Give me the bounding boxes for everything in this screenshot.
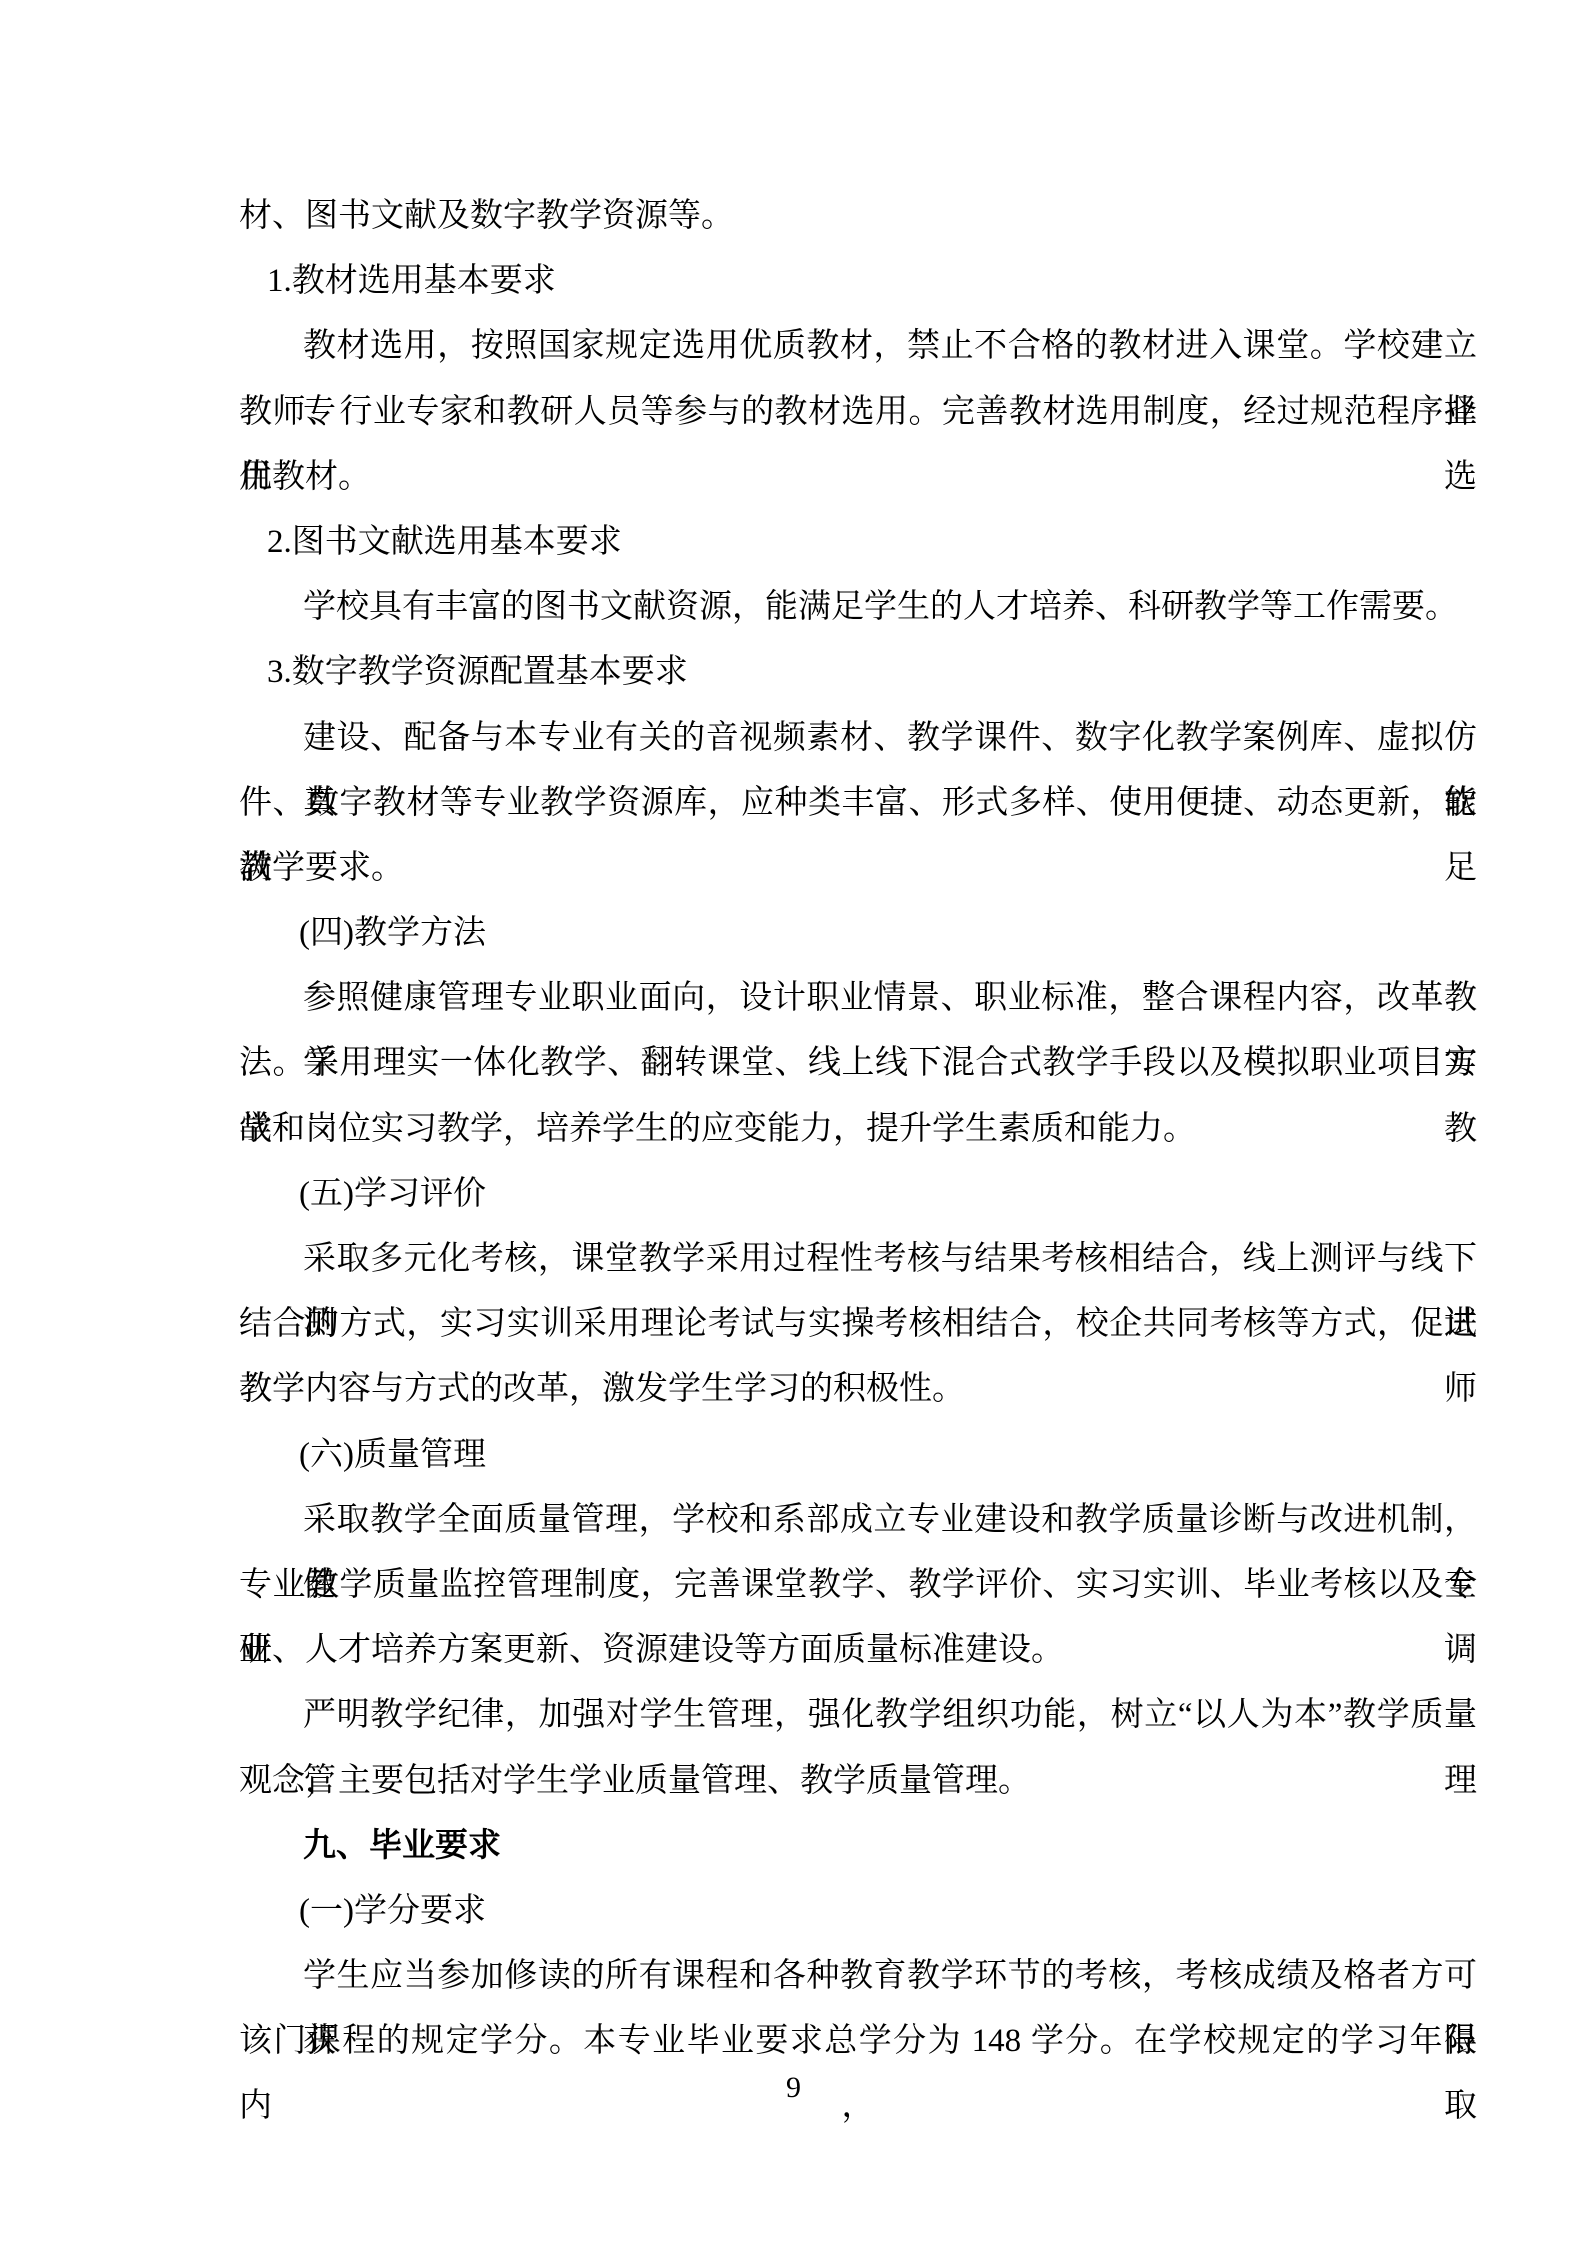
text-line: 参照健康管理专业职业面向，设计职业情景、职业标准，整合课程内容，改革教学方 [239,966,1477,1031]
text-line: 教师、行业专家和教研人员等参与的教材选用。完善教材选用制度，经过规范程序择优选 [239,380,1477,445]
text-line: 采取多元化考核，课堂教学采用过程性考核与结果考核相结合，线上测评与线下测试 [239,1227,1477,1292]
text-line: (六)质量管理 [239,1423,1477,1488]
text-line: 学校具有丰富的图书文献资源，能满足学生的人才培养、科研教学等工作需要。 [239,575,1477,640]
text-line: 件、数字教材等专业教学资源库，应种类丰富、形式多样、使用便捷、动态更新，能满足 [239,771,1477,836]
text-line: 该门课程的规定学分。本专业毕业要求总学分为 148 学分。在学校规定的学习年限内… [239,2009,1477,2074]
text-line: 建设、配备与本专业有关的音视频素材、教学课件、数字化教学案例库、虚拟仿真软 [239,706,1477,771]
text-line: 专业教学质量监控管理制度，完善课堂教学、教学评价、实习实训、毕业考核以及专业调 [239,1553,1477,1618]
text-line: (一)学分要求 [239,1879,1477,1944]
text-line: 教材选用，按照国家规定选用优质教材，禁止不合格的教材进入课堂。学校建立专业 [239,314,1477,379]
text-line: 结合的方式，实习实训采用理论考试与实操考核相结合，校企共同考核等方式，促进教师 [239,1292,1477,1357]
text-line: 九、毕业要求 [239,1814,1477,1879]
text-line: 严明教学纪律，加强对学生管理，强化教学组织功能，树立“以人为本”教学质量管理 [239,1683,1477,1748]
text-line: 1.教材选用基本要求 [239,249,1477,314]
text-line: 法。采用理实一体化教学、翻转课堂、线上线下混合式教学手段以及模拟职业项目实战教 [239,1031,1477,1096]
text-line: 采取教学全面质量管理，学校和系部成立专业建设和教学质量诊断与改进机制，健全 [239,1488,1477,1553]
text-line: 3.数字教学资源配置基本要求 [239,640,1477,705]
text-line: 材、图书文献及数字教学资源等。 [239,184,1477,249]
document-page: 材、图书文献及数字教学资源等。1.教材选用基本要求教材选用，按照国家规定选用优质… [0,0,1587,2245]
text-line: (五)学习评价 [239,1162,1477,1227]
text-line: (四)教学方法 [239,901,1477,966]
text-line: 2.图书文献选用基本要求 [239,510,1477,575]
document-text-block: 材、图书文献及数字教学资源等。1.教材选用基本要求教材选用，按照国家规定选用优质… [239,184,1477,2074]
page-number: 9 [0,2068,1587,2108]
text-line: 学生应当参加修读的所有课程和各种教育教学环节的考核，考核成绩及格者方可获得 [239,1944,1477,2009]
